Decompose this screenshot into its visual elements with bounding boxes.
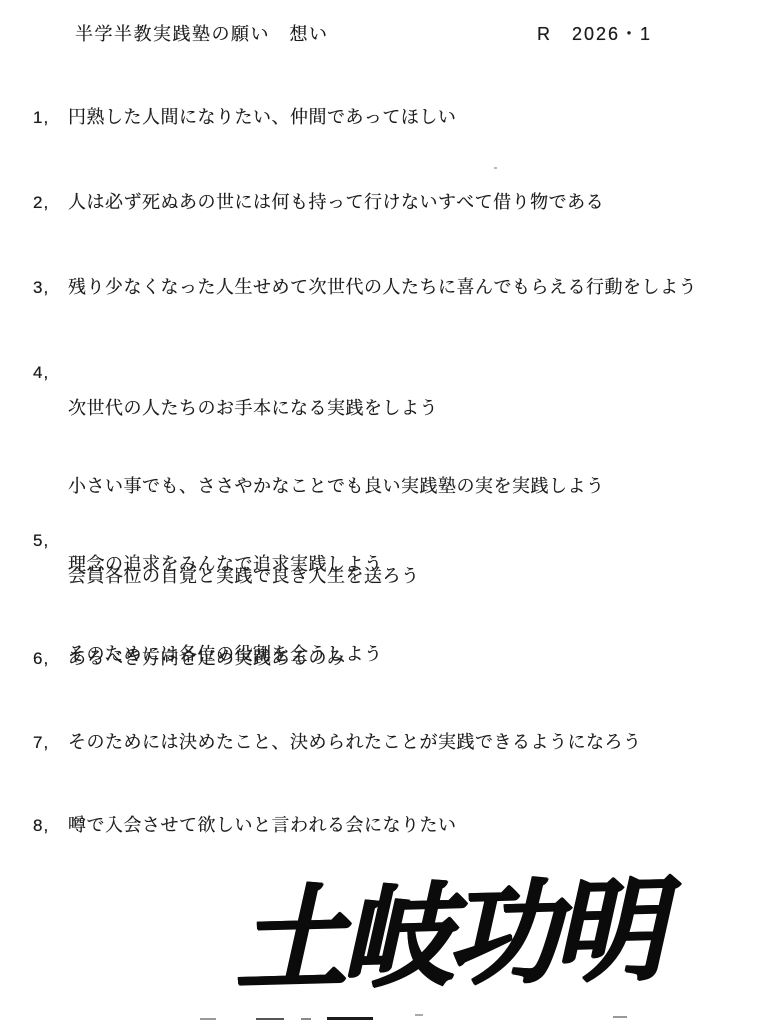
scan-speck — [151, 489, 153, 491]
list-item-8: 8, 噂で入会させて欲しいと言われる会になりたい — [33, 816, 457, 835]
list-item-2: 2, 人は必ず死ぬあの世には何も持って行けないすべて借り物である — [33, 193, 604, 212]
document-date: R 2026・1 — [537, 24, 652, 44]
scan-artifact — [613, 1016, 627, 1018]
item-number: 5, — [33, 531, 68, 550]
item-number: 8, — [33, 816, 68, 835]
scan-artifact — [415, 1014, 423, 1016]
item-text: 残り少なくなった人生せめて次世代の人たちに喜んでもらえる行動をしよう — [68, 278, 697, 297]
item-number: 6, — [33, 649, 68, 668]
item-text: そのためには決めたこと、決められたことが実践できるようになろう — [68, 733, 642, 752]
list-item-5: 5, 会員各位の自覚と実践で良き人生を送ろう そのためには各位の役割を全うしよう — [33, 531, 420, 700]
item-text: 次世代の人たちのお手本になる実践をしよう — [68, 399, 605, 418]
list-item-1: 1, 円熟した人間になりたい、仲間であってほしい — [33, 108, 456, 127]
item-number: 1, — [33, 108, 68, 127]
scan-artifact — [256, 1018, 284, 1020]
list-item-6: 6, あるべき方向を定め実践あるのみ — [33, 649, 346, 668]
item-text: 人は必ず死ぬあの世には何も持って行けないすべて借り物である — [68, 193, 604, 212]
item-text: 会員各位の自覚と実践で良き人生を送ろう — [68, 567, 420, 586]
scanned-document-page: 半学半教実践塾の願い 想い R 2026・1 1, 円熟した人間になりたい、仲間… — [0, 0, 762, 1024]
item-number: 2, — [33, 193, 68, 212]
scan-artifact — [301, 1018, 311, 1020]
scan-artifact — [200, 1018, 216, 1020]
item-text: 円熟した人間になりたい、仲間であってほしい — [68, 108, 456, 127]
handwritten-signature: 土岐功明 — [232, 854, 686, 1021]
list-item-3: 3, 残り少なくなった人生せめて次世代の人たちに喜んでもらえる行動をしよう — [33, 278, 697, 297]
scan-speck — [494, 167, 497, 169]
item-text: 噂で入会させて欲しいと言われる会になりたい — [68, 816, 457, 835]
item-number: 7, — [33, 733, 68, 752]
scan-artifact — [327, 1017, 373, 1020]
item-number: 4, — [33, 363, 68, 382]
document-title: 半学半教実践塾の願い 想い — [75, 24, 329, 44]
item-text: 小さい事でも、ささやかなことでも良い実践塾の実を実践しよう — [68, 477, 605, 496]
item-number: 3, — [33, 278, 68, 297]
item-text: あるべき方向を定め実践あるのみ — [68, 649, 346, 668]
list-item-7: 7, そのためには決めたこと、決められたことが実践できるようになろう — [33, 733, 642, 752]
